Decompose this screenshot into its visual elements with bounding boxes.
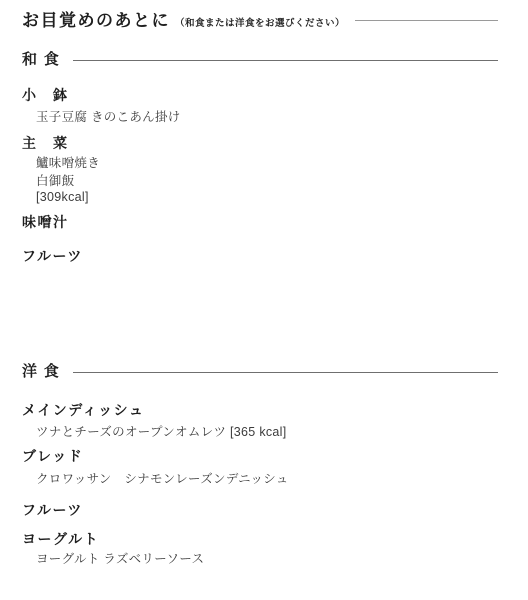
course-item-shusai-kcal: [309kcal] (36, 191, 89, 204)
course-item-yogurt: ヨーグルト ラズベリーソース (36, 553, 204, 566)
course-heading-fruits-wa: フルーツ (22, 250, 83, 265)
course-heading-bread: ブレッド (22, 450, 83, 465)
course-item-shusai-2: 白御飯 (36, 175, 74, 188)
course-item-main-dish: ツナとチーズのオープンオムレツ [365 kcal] (36, 426, 287, 439)
course-heading-main-dish: メインディッシュ (22, 404, 144, 419)
course-heading-fruits-yo: フルーツ (22, 504, 83, 519)
course-heading-shusai: 主 菜 (22, 137, 69, 152)
header-divider-line (355, 20, 498, 21)
section-header-washoku: 和 食 (22, 52, 498, 69)
section-divider-yoshoku (73, 372, 498, 373)
course-item-bread: クロワッサン シナモンレーズンデニッシュ (36, 473, 289, 486)
course-item-shusai-1: 鱸味噌焼き (36, 157, 100, 170)
section-title-yoshoku: 洋 食 (22, 364, 60, 381)
course-item-kobachi: 玉子豆腐 きのこあん掛け (36, 111, 181, 124)
course-heading-kobachi: 小 鉢 (22, 89, 69, 104)
page-subtitle-note: （和食または洋食をお選びください） (175, 15, 345, 29)
section-header-yoshoku: 洋 食 (22, 364, 498, 381)
page-title: お目覚めのあとに (22, 10, 170, 31)
section-divider-washoku (73, 60, 498, 61)
section-title-washoku: 和 食 (22, 52, 60, 69)
menu-header: お目覚めのあとに （和食または洋食をお選びください） (22, 10, 498, 31)
breakfast-menu-page: お目覚めのあとに （和食または洋食をお選びください） 和 食 小 鉢 玉子豆腐 … (0, 0, 528, 600)
course-heading-yogurt: ヨーグルト (22, 533, 99, 548)
course-heading-misoshiru: 味噌汁 (22, 216, 69, 231)
